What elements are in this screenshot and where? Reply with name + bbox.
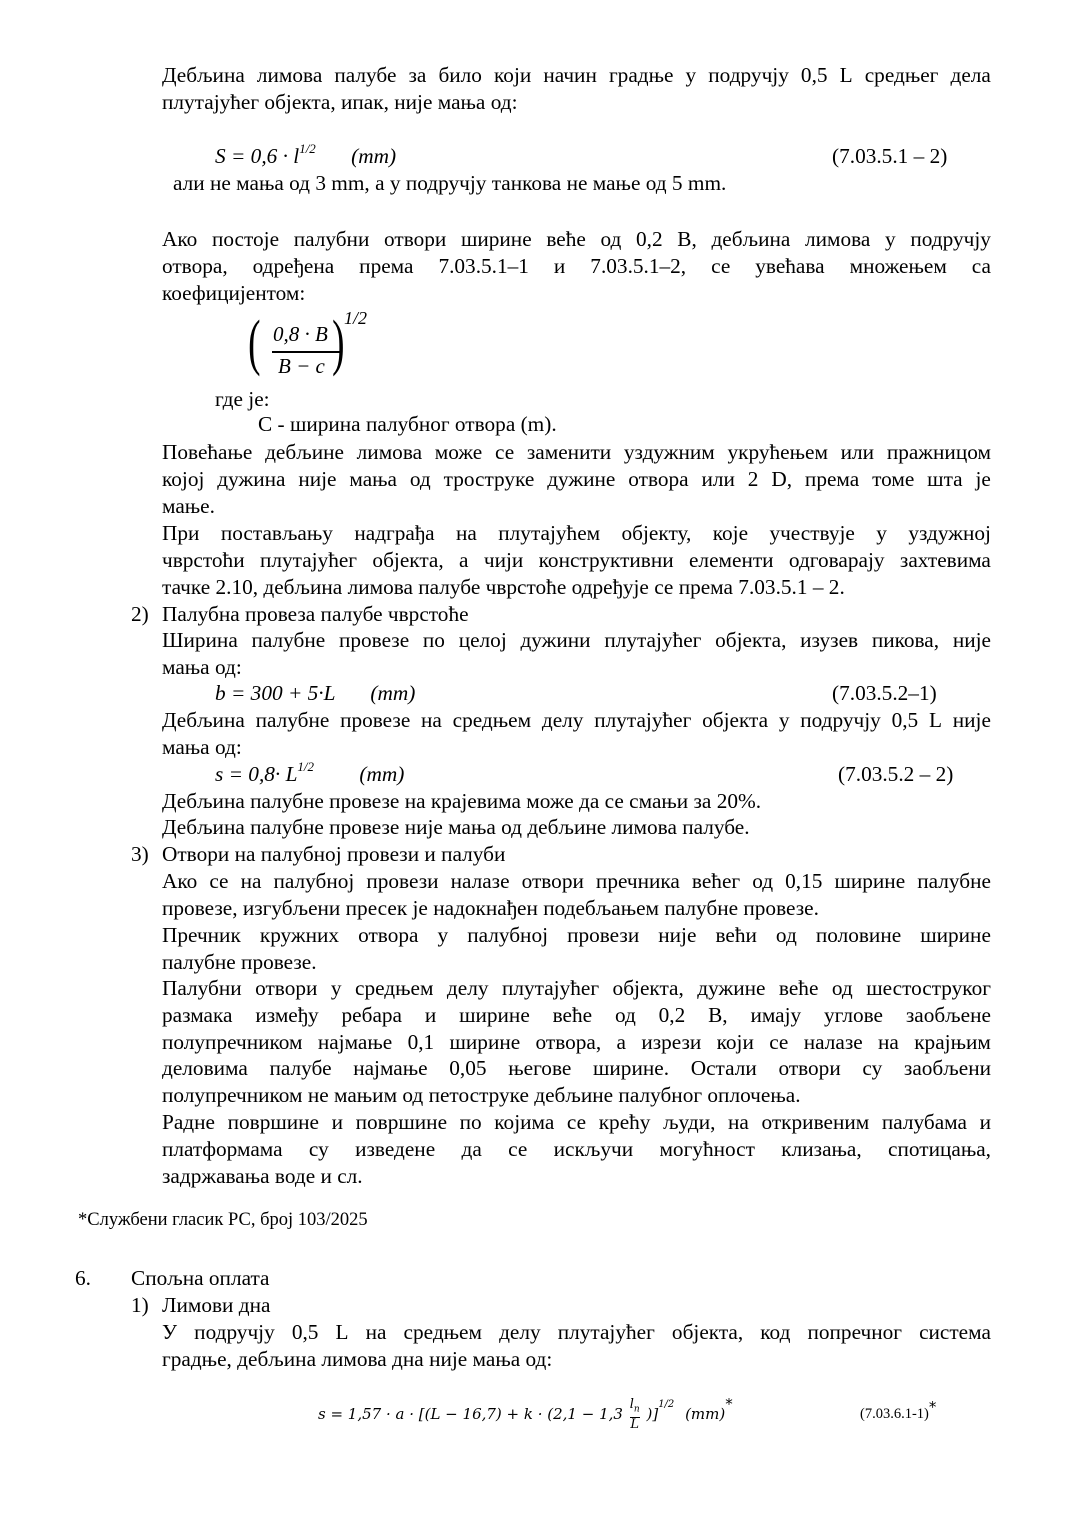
paragraph-line: палубне провезе. (162, 949, 317, 975)
paragraph-line: мања од: (162, 734, 242, 760)
list-marker: 1) (131, 1292, 149, 1318)
paragraph-line: Дебљина палубне провезе на крајевима мож… (162, 788, 761, 814)
formula-star: * (725, 1395, 733, 1413)
paragraph-line: Ширинапалубнепровезепоцелојдужиниплутају… (162, 627, 991, 653)
paragraph-line: Акопостојепалубниотворишириневећеод0,2B,… (162, 226, 991, 252)
list-marker: 3) (131, 841, 149, 867)
paragraph-line: мања од: (162, 654, 242, 680)
bottom-plating-formula: s = 1,57 · a · [(L − 16,7) + k · (2,1 − … (318, 1398, 733, 1432)
paragraph-line: Пречниккружнихотвораупалубнојпровезиније… (162, 922, 991, 948)
paragraph-line: Дебљинапалубнепровезенасредњемделуплутај… (162, 707, 991, 733)
footnote: *Службени гласик РС, број 103/2025 (78, 1207, 368, 1233)
paragraph-line: Раднеповршинеиповршинепокојимасекрећуљуд… (162, 1109, 991, 1135)
paragraph-line: градње, дебљина лимова дна није мања од: (162, 1346, 552, 1372)
right-paren: ) (332, 308, 344, 379)
paragraph-line: којојдужинанијемањаодтрострукедужинеотво… (162, 466, 991, 492)
paragraph-line: али не мања од 3 mm, а у подручју танков… (173, 170, 726, 196)
formula-lhs: s = 1,57 · a · [(L − 16,7) + k · (2,1 − … (318, 1405, 623, 1423)
paragraph-line: тачке 2.10, дебљина лимова палубе чврсто… (162, 574, 845, 600)
equation-number: (7.03.6.1-1)* (860, 1405, 936, 1423)
fraction-bar (272, 351, 340, 353)
formula-exponent: 1/2 (658, 1399, 674, 1410)
formula: s = 0,8· L1/2 (mm) (215, 761, 404, 787)
formula-exponent: 1/2 (297, 759, 314, 774)
paragraph-line: платформамасуизведенедасеискључимогућнос… (162, 1136, 991, 1162)
equation-number: (7.03.5.2–1) (832, 680, 937, 706)
left-paren: ( (248, 308, 260, 379)
paragraph-line: полупречником не мањим од петоструке деб… (162, 1082, 801, 1108)
paragraph-line: Повећањедебљинелимоваможесезаменитиуздуж… (162, 439, 991, 465)
formula-fraction: ln L (630, 1398, 640, 1432)
coefficient-exponent: 1/2 (344, 308, 367, 329)
formula: b = 300 + 5·L (mm) (215, 680, 415, 706)
formula-rhs: )] (646, 1405, 658, 1423)
paragraph-line: Палубниотвориусредњемделуплутајућегобјек… (162, 975, 991, 1001)
equation-number-text: (7.03.6.1-1) (860, 1406, 929, 1422)
formula-exponent: 1/2 (299, 141, 316, 156)
where-label: где је: (215, 386, 270, 412)
formula-text: s = 0,8· L (215, 762, 297, 786)
paragraph-line: плутајућег објекта, ипак, није мања од: (162, 89, 518, 115)
coefficient-formula: ( 0,8 · B B − c ) 1/2 (250, 316, 370, 382)
formula-unit: (mm) (359, 762, 404, 786)
paragraph-line: задржавања воде и сл. (162, 1163, 363, 1189)
paragraph-line: размакаизмеђуребараишириневећеод0,2B,има… (162, 1002, 991, 1028)
formula-unit: (mm) (685, 1405, 725, 1423)
equation-number: (7.03.5.2 – 2) (838, 761, 953, 787)
paragraph-line: мање. (162, 493, 215, 519)
paragraph-line: провезе, изгубљени пресек је надокнађен … (162, 895, 819, 921)
paragraph-line: Дебљиналимовапалубезабилокојиначинградње… (162, 62, 991, 88)
paragraph-line: Уподручју0,5Lнасредњемделуплутајућегобје… (162, 1319, 991, 1345)
paragraph-line: Припостављањунадграђанаплутајућемобјекту… (162, 520, 991, 546)
subsection-title: Отвори на палубној провези и палуби (162, 841, 505, 867)
subsection-title: Палубна провеза палубе чврстоће (162, 601, 469, 627)
subsection-title: Лимови дна (162, 1292, 270, 1318)
section-number: 6. (75, 1265, 91, 1291)
equation-star: * (929, 1398, 937, 1416)
paragraph-line: Дебљина палубне провезе није мања од деб… (162, 814, 750, 840)
paragraph-line: Акосенапалубнојпровезиналазеотворипречни… (162, 868, 991, 894)
formula-unit: (mm) (351, 144, 396, 168)
formula: S = 0,6 · l1/2 (mm) (215, 143, 396, 169)
paragraph-line: деловимапалубенајмање0,05његовеширине.Ос… (162, 1055, 991, 1081)
paragraph-line: чврстоћиплутајућегобјекта,ачијиконструкт… (162, 547, 991, 573)
section-title: Спољна оплата (131, 1265, 270, 1291)
paragraph-line: коефицијентом: (162, 280, 305, 306)
list-marker: 2) (131, 601, 149, 627)
fraction-subscript: n (634, 1405, 640, 1415)
formula-unit: (mm) (370, 681, 415, 705)
fraction-denominator: B − c (278, 354, 325, 379)
formula-text: b = 300 + 5·L (215, 681, 335, 705)
equation-number: (7.03.5.1 – 2) (832, 143, 947, 169)
paragraph-line: полупречникомнајмање0,1ширинеотвора,аизр… (162, 1029, 991, 1055)
fraction-denominator: L (630, 1418, 640, 1432)
formula-text: S = 0,6 · l (215, 144, 299, 168)
fraction-numerator: 0,8 · B (273, 322, 328, 347)
paragraph-line: отвора,одређенапрема7.03.5.1–1и7.03.5.1–… (162, 253, 991, 279)
where-definition: C - ширина палубног отвора (m). (258, 411, 557, 437)
